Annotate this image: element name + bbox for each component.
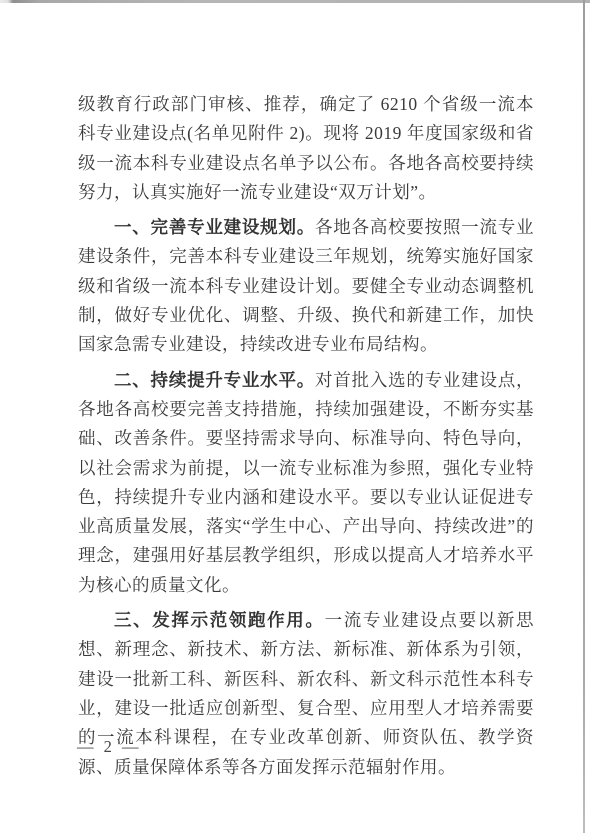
paragraph-section-1: 一、完善专业建设规划。各地各高校要按照一流专业建设条件，完善本科专业建设三年规划… [78,213,534,359]
paragraph-text: 级教育行政部门审核、推荐，确定了 6210 个省级一流本科专业建设点(名单见附件… [78,94,534,202]
scan-edge-top [0,0,590,3]
page-number: — 2 — [77,737,142,757]
section-1-heading: 一、完善专业建设规划。 [114,217,315,237]
paragraph-text: 对首批入选的专业建设点，各地各高校要完善支持措施，持续加强建设，不断夯实基础、改… [78,370,534,595]
paragraph-section-2: 二、持续提升专业水平。对首批入选的专业建设点，各地各高校要完善支持措施，持续加强… [78,366,534,600]
paragraph-text: 一流专业建设点要以新思想、新理念、新技术、新方法、新标准、新体系为引领，建设一批… [78,610,534,776]
section-2-heading: 二、持续提升专业水平。 [114,370,315,390]
paragraph-intro-continuation: 级教育行政部门审核、推荐，确定了 6210 个省级一流本科专业建设点(名单见附件… [78,90,534,207]
scanned-document-page: 级教育行政部门审核、推荐，确定了 6210 个省级一流本科专业建设点(名单见附件… [0,0,590,833]
paragraph-text: 各地各高校要按照一流专业建设条件，完善本科专业建设三年规划，统筹实施好国家级和省… [78,217,534,354]
paragraph-section-3: 三、发挥示范领跑作用。一流专业建设点要以新思想、新理念、新技术、新方法、新标准、… [78,606,534,782]
document-body: 级教育行政部门审核、推荐，确定了 6210 个省级一流本科专业建设点(名单见附件… [78,90,534,782]
section-3-heading: 三、发挥示范领跑作用。 [114,610,325,630]
scan-edge-right [583,0,585,833]
